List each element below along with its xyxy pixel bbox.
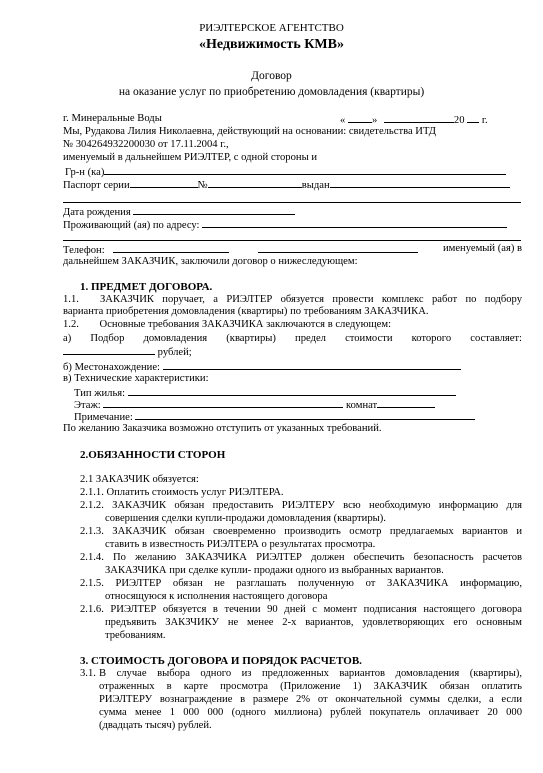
section-2-title: 2.ОБЯЗАННОСТИ СТОРОН xyxy=(80,449,225,461)
clause-2-1-6-line-3: требованиям. xyxy=(105,630,166,642)
doc-subtitle: на оказание услуг по приобретению домовл… xyxy=(0,86,543,98)
birth-date-field[interactable] xyxy=(133,205,295,215)
clause-2-1-1: 2.1.1. Оплатить стоимость услуг РИЭЛТЕРА… xyxy=(80,487,284,499)
rubles-label: рублей; xyxy=(158,347,192,358)
requirement-a: а) Подбор домовладения (квартиры) предел… xyxy=(63,333,522,345)
passport-row: Паспорт серии№выдан xyxy=(63,178,510,192)
location-field[interactable] xyxy=(163,360,461,370)
agency-type: РИЭЛТЕРСКОЕ АГЕНТСТВО xyxy=(0,22,543,34)
passport-issued-field[interactable] xyxy=(330,178,510,188)
realtor-line-3: именуемый в дальнейшем РИЭЛТЕР, с одной … xyxy=(63,152,317,164)
rooms-field[interactable] xyxy=(377,398,435,408)
date-year-suffix: г. xyxy=(482,115,488,126)
phone-field[interactable] xyxy=(113,243,229,253)
date-month-field[interactable] xyxy=(384,113,454,123)
passport-continuation-line[interactable] xyxy=(63,202,521,203)
address-field[interactable] xyxy=(202,218,507,228)
clause-2-1-6: 2.1.6. РИЭЛТЕР обязуется в течении 90 дн… xyxy=(80,604,522,616)
clause-3-1-line-3: РИЭЛТЕРУ вознаграждение в размере 2% от … xyxy=(99,694,522,706)
requirement-a-price-row: рублей; xyxy=(63,345,192,359)
clause-3-1-number: 3.1. xyxy=(80,668,96,680)
agency-name: «Недвижимость КМВ» xyxy=(0,37,543,52)
realtor-line-1: Мы, Рудакова Лилия Николаевна, действующ… xyxy=(63,126,436,138)
passport-number-label: № xyxy=(198,180,208,191)
contract-date: « » 20 г. xyxy=(340,113,488,127)
doc-title: Договор xyxy=(0,70,543,82)
deviation-note: По желанию Заказчика возможно отступить … xyxy=(63,423,382,435)
date-year-prefix: 20 xyxy=(454,115,465,126)
named-label: именуемый (ая) в xyxy=(443,243,522,255)
citizen-row: Гр-н (ка) xyxy=(65,165,506,179)
clause-2-1-4: 2.1.4. По желанию ЗАКАЗЧИКА РИЭЛТЕР долж… xyxy=(80,552,522,564)
customer-name-field[interactable] xyxy=(258,243,418,253)
requirement-c: в) Технические характеристики: xyxy=(63,373,209,385)
clause-1-1: 1.1. ЗАКАЗЧИК поручает, а РИЭЛТЕР обязуе… xyxy=(63,294,522,306)
phone-row: Телефон: именуемый (ая) в xyxy=(63,243,522,257)
citizen-label: Гр-н (ка) xyxy=(65,167,104,178)
clause-2-1-5: 2.1.5. РИЭЛТЕР обязан не разглашать полу… xyxy=(80,578,522,590)
clause-3-1-line-5: (двадцать тысяч) рублей. xyxy=(99,720,212,732)
date-day-field[interactable] xyxy=(348,113,372,123)
requirement-b: б) Местонахождение: xyxy=(63,360,461,374)
clause-2-1-2: 2.1.2. ЗАКАЗЧИК обязан предоставить РИЭЛ… xyxy=(80,500,522,512)
passport-number-field[interactable] xyxy=(208,178,302,188)
note-field[interactable] xyxy=(135,410,475,420)
section-1-title: 1. ПРЕДМЕТ ДОГОВОРА. xyxy=(80,281,212,293)
passport-series-field[interactable] xyxy=(130,178,198,188)
price-limit-field[interactable] xyxy=(63,345,155,355)
clause-1-1-text: ЗАКАЗЧИК поручает, а РИЭЛТЕР обязуется п… xyxy=(100,294,522,306)
clause-2-1-2-line-2: совершения сделки купли-продажи домовлад… xyxy=(105,513,386,525)
citizen-name-field[interactable] xyxy=(104,165,506,175)
clause-3-1-line-2: отраженных в карте просмотра (Приложение… xyxy=(99,681,522,693)
clause-1-1-line-2: варианта приобретения домовладения (квар… xyxy=(63,306,429,318)
address-row: Проживающий (ая) по адресу: xyxy=(63,218,507,232)
clause-2-1-3: 2.1.3. ЗАКАЗЧИК обязан своевременно прои… xyxy=(80,526,522,538)
section-3-title: 3. СТОИМОСТЬ ДОГОВОРА И ПОРЯДОК РАСЧЕТОВ… xyxy=(80,655,362,667)
clause-1-2: 1.2. Основные требования ЗАКАЗЧИКА заклю… xyxy=(63,319,391,331)
clause-3-1-line-1: В случае выбора одного из предложенных в… xyxy=(99,668,522,680)
clause-2-1-3-line-2: ставить в известность РИЭЛТЕРА о результ… xyxy=(105,539,375,551)
passport-issued-label: выдан xyxy=(302,180,330,191)
realtor-line-2: № 304264932200030 от 17.11.2004 г., xyxy=(63,139,229,151)
note-label: Примечание: xyxy=(74,412,133,423)
address-label: Проживающий (ая) по адресу: xyxy=(63,220,200,231)
date-open-quote: « xyxy=(340,115,345,126)
clause-2-1-6-line-2: предъявить ЗАКЗЧИКУ не менее 2-х вариант… xyxy=(105,617,522,629)
phone-label: Телефон: xyxy=(63,245,105,256)
location-label: б) Местонахождение: xyxy=(63,362,160,373)
clause-2-1-4-line-2: ЗАКАЗЧИКА при сделке купли- продажи одно… xyxy=(105,565,444,577)
date-close-quote: » xyxy=(372,115,377,126)
clause-3-1-line-4: сумма менее 1 000 000 (одного миллиона) … xyxy=(99,707,522,719)
note-row: Примечание: xyxy=(74,410,475,424)
date-year-field[interactable] xyxy=(467,113,479,123)
clause-2-1: 2.1 ЗАКАЗЧИК обязуется: xyxy=(80,474,199,486)
birth-date-label: Дата рождения xyxy=(63,207,131,218)
housing-type-field[interactable] xyxy=(128,386,456,396)
closing-line: дальнейшем ЗАКАЗЧИК, заключили договор о… xyxy=(63,256,358,268)
clause-1-2-text: Основные требования ЗАКАЗЧИКА заключаютс… xyxy=(100,319,391,330)
clause-1-2-number: 1.2. xyxy=(63,319,79,330)
city: г. Минеральные Воды xyxy=(63,113,162,125)
address-continuation-line[interactable] xyxy=(63,240,521,241)
clause-1-1-number: 1.1. xyxy=(63,294,79,305)
floor-field[interactable] xyxy=(103,398,343,408)
passport-series-label: Паспорт серии xyxy=(63,180,130,191)
birth-row: Дата рождения xyxy=(63,205,295,219)
clause-2-1-5-line-2: относящуюся к исполнения настоящего дого… xyxy=(105,591,327,603)
